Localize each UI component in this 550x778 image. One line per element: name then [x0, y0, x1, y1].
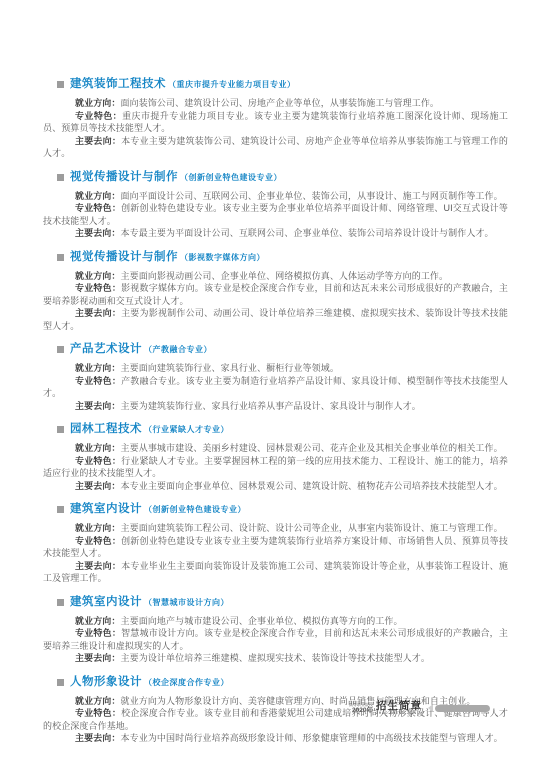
- main-destination: 主要去向：本专业主要面向企事业单位、园林景观公司、建筑设计院、植物花卉公司培养技…: [43, 480, 508, 493]
- major-title: 视觉传播设计与制作 （创新创业特色建设专业）: [43, 171, 508, 184]
- footer-edition: 高等职业院校 2020年: [349, 702, 373, 714]
- major-title-subtitle: （重庆市提升专业能力项目专业）: [168, 78, 296, 91]
- para-text: 主要面向影视动画公司、企事业单位、网络模拟仿真、人体运动学等方向的工作。: [121, 271, 449, 281]
- para-text: 主要为建筑装饰行业、家具行业培养从事产品设计、家具设计与制作人才。: [121, 401, 421, 411]
- footer-brochure-pinyin: ZHAO SHENG JIAN ZHANG: [376, 711, 422, 715]
- major-title-subtitle: （创新创业特色建设专业）: [144, 503, 246, 516]
- para-label: 就业方向：: [75, 616, 121, 626]
- para-label: 专业特色：: [75, 456, 121, 466]
- page-footer: 高等职业院校 2020年 招生简章 ZHAO SHENG JIAN ZHANG: [349, 701, 490, 715]
- bullet-square-icon: [57, 506, 64, 513]
- major-title-text: 产品艺术设计: [70, 343, 142, 356]
- para-label: 主要去向：: [75, 228, 121, 238]
- major-title-subtitle: （产教融合专业）: [144, 343, 212, 356]
- para-text: 本专业主要面向企事业单位、园林景观公司、建筑设计院、植物花卉公司培养技术技能型人…: [121, 481, 503, 491]
- employment-direction: 就业方向：主要面向建筑装饰行业、家具行业、橱柜行业等领域。: [43, 362, 508, 375]
- major-title: 建筑室内设计 （智慧城市设计方向）: [43, 596, 508, 609]
- chevron-left-icon: [428, 704, 433, 712]
- major-title-subtitle: （影视数字媒体方向）: [180, 251, 265, 264]
- para-label: 主要去向：: [75, 136, 121, 146]
- major-title-text: 园林工程技术: [70, 423, 142, 436]
- para-label: 专业特色：: [75, 376, 121, 386]
- para-text: 主要为设计单位培养三维建模、虚拟现实技术、装饰设计等技术技能型人才。: [121, 653, 430, 663]
- employment-direction: 就业方向：主要面向影视动画公司、企事业单位、网络模拟仿真、人体运动学等方向的工作…: [43, 270, 508, 283]
- para-text: 面向装饰公司、建筑设计公司、房地产企业等单位，从事装饰施工与管理工作。: [121, 98, 440, 108]
- para-text: 主要面向建筑装饰行业、家具行业、橱柜行业等领域。: [121, 363, 339, 373]
- para-label: 专业特色：: [75, 536, 121, 546]
- para-label: 主要去向：: [75, 561, 121, 571]
- para-text: 本专业为中国时尚行业培养高级形象设计师、形象健康管理师的中高级技术技能型与管理人…: [121, 733, 503, 743]
- bullet-square-icon: [57, 599, 64, 606]
- majors-list: 建筑装饰工程技术 （重庆市提升专业能力项目专业） 就业方向：面向装饰公司、建筑设…: [43, 78, 508, 756]
- major-title-text: 建筑室内设计: [70, 503, 142, 516]
- major-features: 专业特色：行业紧缺人才专业。主要掌握园林工程的第一线的应用技术能力、工程设计、施…: [43, 455, 508, 480]
- major-title-text: 视觉传播设计与制作: [70, 171, 178, 184]
- para-label: 就业方向：: [75, 523, 121, 533]
- employment-direction: 就业方向：主要从事城市建设、美丽乡村建设、园林景观公司、花卉企业及其相关企事业单…: [43, 442, 508, 455]
- major-section: 视觉传播设计与制作 （创新创业特色建设专业） 就业方向：面向平面设计公司、互联网…: [43, 171, 508, 240]
- bullet-square-icon: [57, 426, 64, 433]
- main-destination: 主要去向：主要为影视制作公司、动画公司、设计单位培养三维建模、虚拟现实技术、装饰…: [43, 307, 508, 332]
- major-title: 园林工程技术 （行业紧缺人才专业）: [43, 423, 508, 436]
- main-destination: 主要去向：主要为建筑装饰行业、家具行业培养从事产品设计、家具设计与制作人才。: [43, 400, 508, 413]
- para-label: 主要去向：: [75, 401, 121, 411]
- para-label: 就业方向：: [75, 443, 121, 453]
- major-title-text: 建筑室内设计: [70, 596, 142, 609]
- employment-direction: 就业方向：主要面向建筑装饰工程公司、设计院、设计公司等企业，从事室内装饰设计、施…: [43, 522, 508, 535]
- para-label: 专业特色：: [75, 708, 121, 718]
- employment-direction: 就业方向：面向装饰公司、建筑设计公司、房地产企业等单位，从事装饰施工与管理工作。: [43, 97, 508, 110]
- main-destination: 主要去向：主要为设计单位培养三维建模、虚拟现实技术、装饰设计等技术技能型人才。: [43, 652, 508, 665]
- major-features: 专业特色：重庆市提升专业能力项目专业。该专业主要为建筑装饰行业培养施工图深化设计…: [43, 110, 508, 135]
- employment-direction: 就业方向：面向平面设计公司、互联网公司、企事业单位、装饰公司，从事设计、施工与网…: [43, 190, 508, 203]
- footer-brochure: 招生简章 ZHAO SHENG JIAN ZHANG: [376, 701, 422, 715]
- para-label: 就业方向：: [75, 271, 121, 281]
- major-title: 产品艺术设计 （产教融合专业）: [43, 343, 508, 356]
- employment-direction: 就业方向：主要面向地产与城市建设公司、企事业单位、模拟仿真等方向的工作。: [43, 615, 508, 628]
- para-label: 就业方向：: [75, 98, 121, 108]
- main-destination: 主要去向：本专最主要为平面设计公司、互联网公司、企事业单位、装饰公司培养设计设计…: [43, 227, 508, 240]
- major-section: 产品艺术设计 （产教融合专业） 就业方向：主要面向建筑装饰行业、家具行业、橱柜行…: [43, 343, 508, 412]
- para-label: 主要去向：: [75, 481, 121, 491]
- major-section: 视觉传播设计与制作 （影视数字媒体方向） 就业方向：主要面向影视动画公司、企事业…: [43, 251, 508, 333]
- major-title: 建筑室内设计 （创新创业特色建设专业）: [43, 503, 508, 516]
- major-title-subtitle: （智慧城市设计方向）: [144, 596, 229, 609]
- major-features: 专业特色：创新创业特色建设专业该专业主要为建筑装饰行业培养方案设计师、市场销售人…: [43, 535, 508, 560]
- footer-year: 2020年: [349, 707, 373, 714]
- bullet-square-icon: [57, 679, 64, 686]
- major-section: 建筑装饰工程技术 （重庆市提升专业能力项目专业） 就业方向：面向装饰公司、建筑设…: [43, 78, 508, 160]
- brochure-page: 建筑装饰工程技术 （重庆市提升专业能力项目专业） 就业方向：面向装饰公司、建筑设…: [0, 0, 550, 778]
- para-label: 主要去向：: [75, 308, 121, 318]
- major-title-text: 人物形象设计: [70, 676, 142, 689]
- para-text: 主要面向建筑装饰工程公司、设计院、设计公司等企业，从事室内装饰设计、施工与管理工…: [121, 523, 503, 533]
- para-text: 主要面向地产与城市建设公司、企事业单位、模拟仿真等方向的工作。: [121, 616, 403, 626]
- footer-bar: [435, 705, 490, 712]
- major-section: 建筑室内设计 （创新创业特色建设专业） 就业方向：主要面向建筑装饰工程公司、设计…: [43, 503, 508, 585]
- para-label: 就业方向：: [75, 696, 121, 706]
- para-label: 就业方向：: [75, 191, 121, 201]
- para-text: 主要从事城市建设、美丽乡村建设、园林景观公司、花卉企业及其相关企事业单位的相关工…: [121, 443, 503, 453]
- major-title: 视觉传播设计与制作 （影视数字媒体方向）: [43, 251, 508, 264]
- major-features: 专业特色：产教融合专业。该专业主要为制造行业培养产品设计师、家具设计师、模型制作…: [43, 375, 508, 400]
- main-destination: 主要去向：本专业毕业生主要面向装饰设计及装饰施工公司、建筑装饰设计等企业，从事装…: [43, 560, 508, 585]
- major-title-subtitle: （校企深度合作专业）: [144, 676, 229, 689]
- para-label: 主要去向：: [75, 733, 121, 743]
- main-destination: 主要去向：本专业主要为建筑装饰公司、建筑设计公司、房地产企业等单位培养从事装饰施…: [43, 135, 508, 160]
- major-section: 建筑室内设计 （智慧城市设计方向） 就业方向：主要面向地产与城市建设公司、企事业…: [43, 596, 508, 665]
- para-label: 主要去向：: [75, 653, 121, 663]
- para-label: 专业特色：: [75, 203, 121, 213]
- major-title-subtitle: （创新创业特色建设专业）: [180, 171, 282, 184]
- para-label: 专业特色：: [75, 283, 121, 293]
- para-text: 本专最主要为平面设计公司、互联网公司、企事业单位、装饰公司培养设计设计与制作人才…: [121, 228, 494, 238]
- major-title-subtitle: （行业紧缺人才专业）: [144, 423, 229, 436]
- main-destination: 主要去向：本专业为中国时尚行业培养高级形象设计师、形象健康管理师的中高级技术技能…: [43, 732, 508, 745]
- major-features: 专业特色：影视数字媒体方向。该专业是校企深度合作专业，目前和达瓦未来公司形成很好…: [43, 282, 508, 307]
- para-label: 就业方向：: [75, 363, 121, 373]
- footer-brochure-title: 招生简章: [376, 701, 422, 711]
- major-title-text: 建筑装饰工程技术: [70, 78, 166, 91]
- para-label: 专业特色：: [75, 111, 122, 121]
- major-features: 专业特色：智慧城市设计方向。该专业是校企深度合作专业，目前和达瓦未来公司形成很好…: [43, 627, 508, 652]
- major-title: 建筑装饰工程技术 （重庆市提升专业能力项目专业）: [43, 78, 508, 91]
- bullet-square-icon: [57, 254, 64, 261]
- para-text: 面向平面设计公司、互联网公司、企事业单位、装饰公司，从事设计、施工与网页制作等工…: [121, 191, 503, 201]
- para-label: 专业特色：: [75, 628, 121, 638]
- major-features: 专业特色：创新创业特色建设专业。该专业主要为企事业单位培养平面设计师、网络管理、…: [43, 202, 508, 227]
- major-section: 园林工程技术 （行业紧缺人才专业） 就业方向：主要从事城市建设、美丽乡村建设、园…: [43, 423, 508, 492]
- major-title-text: 视觉传播设计与制作: [70, 251, 178, 264]
- major-title: 人物形象设计 （校企深度合作专业）: [43, 676, 508, 689]
- bullet-square-icon: [57, 81, 64, 88]
- bullet-square-icon: [57, 346, 64, 353]
- bullet-square-icon: [57, 174, 64, 181]
